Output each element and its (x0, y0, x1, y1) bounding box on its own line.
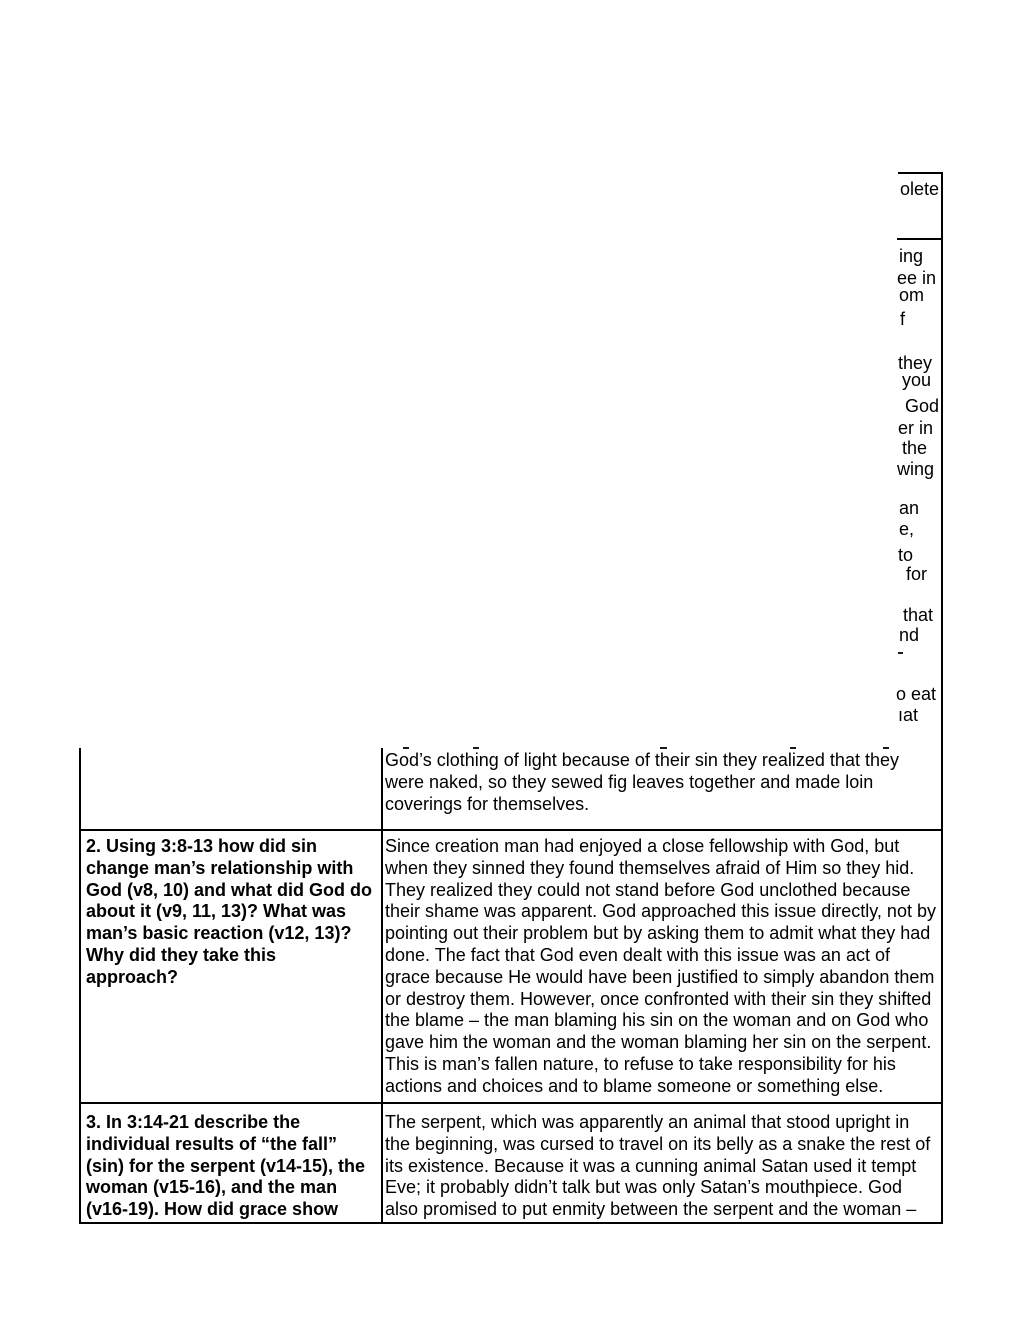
clipped-text-fragment: ıat (898, 705, 918, 727)
table-row: God’s clothing of light because of their… (81, 748, 941, 831)
question-cell: 3. In 3:14-21 describe the individual re… (81, 1104, 383, 1222)
answer-cell: Since creation man had enjoyed a close f… (383, 831, 941, 1102)
clipped-text-fragment: for (906, 564, 927, 586)
clipped-text-fragment: you (902, 370, 931, 392)
table-row: 3. In 3:14-21 describe the individual re… (81, 1104, 941, 1224)
text-remnant-mark (898, 652, 903, 654)
clipped-text-fragment: that (903, 605, 933, 627)
document-page: olete ing ee in om f they you God er in … (0, 0, 1020, 1320)
clipped-text-fragment: wing (897, 459, 934, 481)
question-cell: 2. Using 3:8-13 how did sin change man’s… (81, 831, 383, 1102)
clipped-text-fragment: om (899, 285, 924, 307)
clipped-text-fragment: the (902, 438, 927, 460)
clipped-text-fragment: o eat (896, 684, 936, 706)
table-border-fragment-right (941, 172, 943, 748)
clipped-text-fragment: ing (899, 246, 923, 268)
table-border-fragment-top (898, 172, 943, 174)
clipped-text-fragment: an (899, 498, 919, 520)
question-cell (81, 748, 383, 829)
clipped-text-fragment: f (900, 309, 905, 331)
answer-cell: The serpent, which was apparently an ani… (383, 1104, 941, 1222)
clipped-text-fragment: God (905, 396, 939, 418)
table-row: 2. Using 3:8-13 how did sin change man’s… (81, 831, 941, 1104)
clipped-text-fragment: olete (900, 179, 939, 201)
qa-table: God’s clothing of light because of their… (79, 748, 943, 1224)
table-border-fragment-row-divider (897, 238, 943, 240)
clipped-text-fragment: e, (899, 519, 914, 541)
answer-cell: God’s clothing of light because of their… (383, 748, 941, 829)
clipped-text-fragment: er in (898, 418, 933, 440)
clipped-text-fragment: nd (899, 625, 919, 647)
